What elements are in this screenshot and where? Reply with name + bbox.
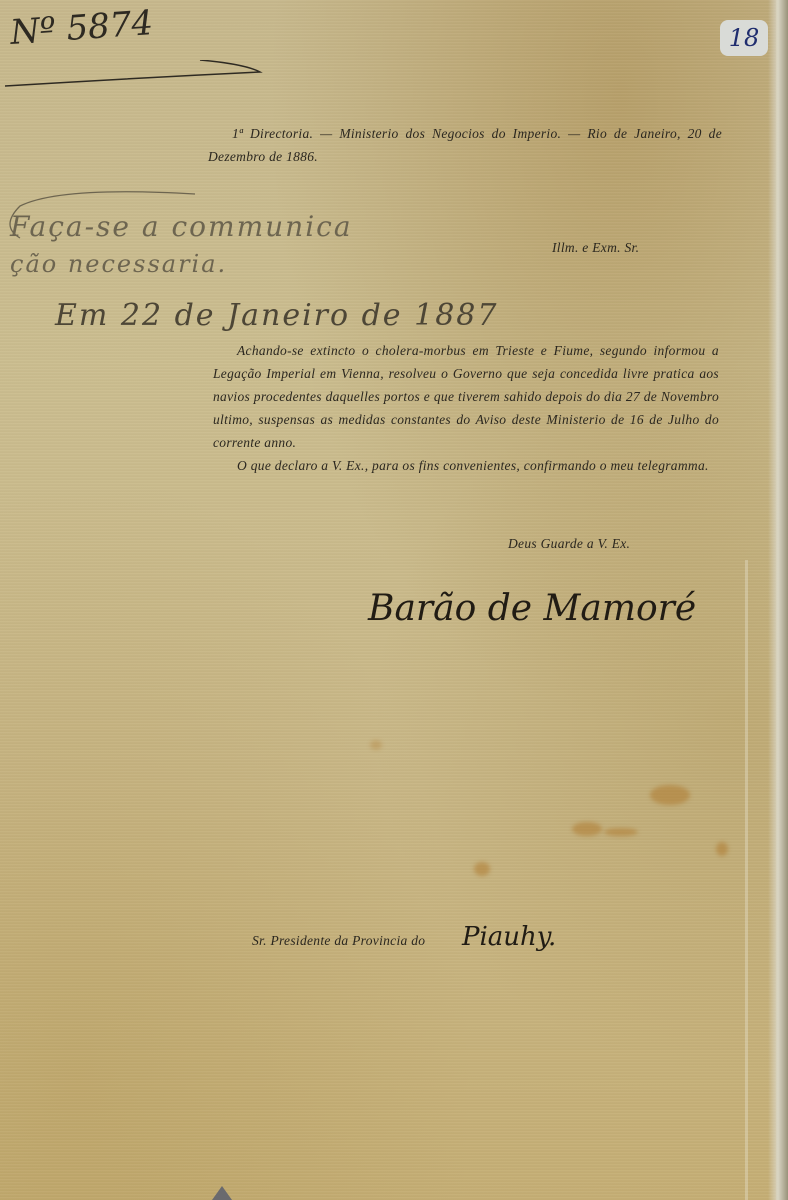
foxing-stain [650,785,690,805]
foxing-stain [474,862,490,876]
foxing-stain [572,822,602,836]
fold-crease [745,560,748,1200]
addressee: Sr. Presidente da Provincia do [252,933,425,949]
letterhead-line-1: 1ª Directoria. — Ministerio dos Negocios… [232,126,722,142]
plastic-sleeve-edge [768,0,788,1200]
page-number-tag: 18 [720,20,768,56]
pencil-annotation-line-1: Faça-se a communica [10,210,353,243]
foxing-stain [716,842,728,856]
letterhead-line-2: Dezembro de 1886. [208,149,318,165]
signature: Barão de Mamoré [368,588,696,629]
body-paragraph-2: O que declaro a V. Ex., para os fins con… [213,454,719,477]
addressee-province: Piauhy. [462,922,556,952]
closing-formula: Deus Guarde a V. Ex. [508,536,630,552]
folio-flourish-line [5,60,265,90]
pencil-annotation-date: Em 22 de Janeiro de 1887 [55,298,498,333]
foxing-stain [604,828,638,836]
salutation: Illm. e Exm. Sr. [552,240,639,256]
letter-body: Achando-se extincto o cholera-morbus em … [213,339,719,477]
pencil-annotation-line-2: ção necessaria. [10,250,227,278]
body-paragraph-1: Achando-se extincto o cholera-morbus em … [213,339,719,454]
foxing-stain [370,740,382,750]
page-number: 18 [729,24,760,52]
